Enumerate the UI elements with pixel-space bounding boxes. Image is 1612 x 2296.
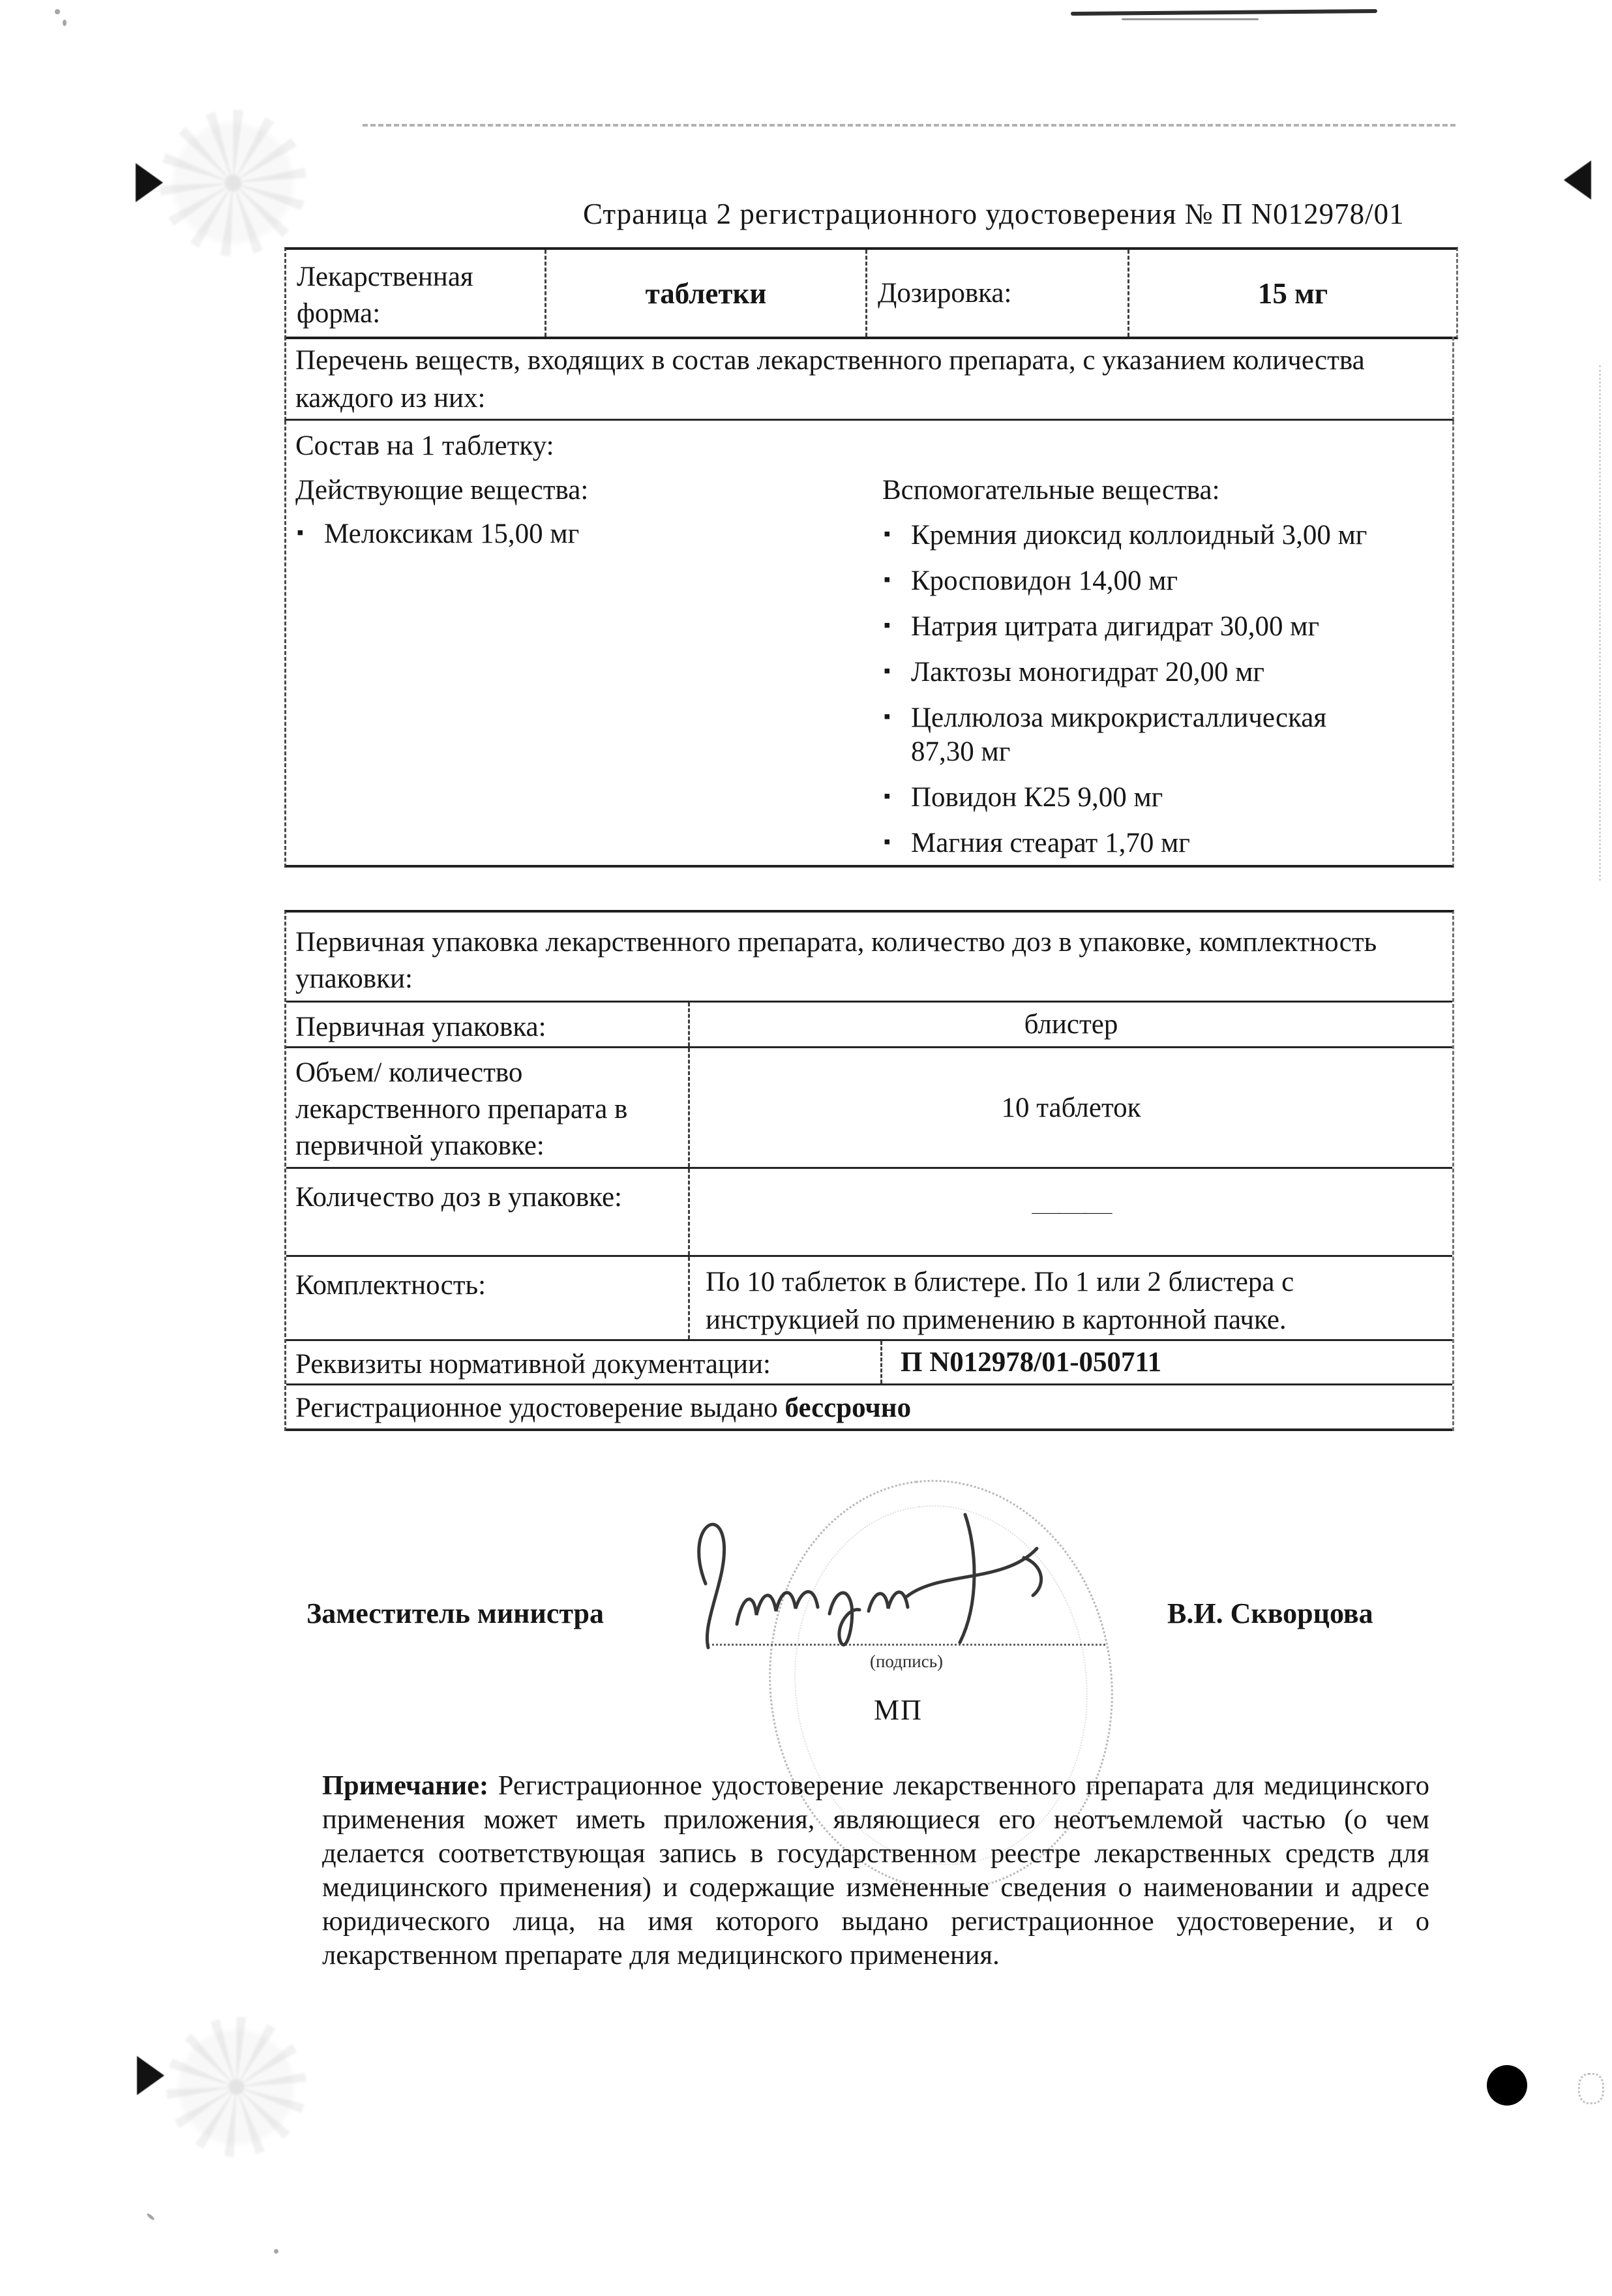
- registration-mark-icon: [136, 163, 163, 202]
- doses-count-label: Количество доз в упаковке:: [286, 1169, 690, 1255]
- requisites-value: П N012978/01-050711: [882, 1341, 1452, 1383]
- signature-line: [708, 1644, 1105, 1646]
- excipient-item: Кремния диоксид коллоидный 3,00 мг: [882, 519, 1443, 552]
- excipients-header: Вспомогательные вещества:: [882, 474, 1443, 507]
- dosage-form-label: Лекарственная форма:: [286, 250, 545, 337]
- table-row: Реквизиты нормативной документации: П N0…: [286, 1341, 1452, 1385]
- dosage-form-table: Лекарственная форма: таблетки Дозировка:…: [284, 247, 1458, 339]
- excipient-item: Магния стеарат 1,70 мг: [882, 826, 1443, 860]
- registration-mark-icon: [137, 2056, 164, 2095]
- active-substances-list: Мелоксикам 15,00 мг: [295, 517, 856, 551]
- signature-caption: (подпись): [822, 1652, 991, 1672]
- primary-package-label: Первичная упаковка:: [286, 1003, 690, 1046]
- watermark-emblem-icon: [166, 2017, 306, 2157]
- registration-certificate-page: Страница 2 регистрационного удостоверени…: [0, 0, 1612, 2296]
- registration-issued-text: Регистрационное удостоверение выдано: [295, 1393, 785, 1423]
- excipient-item: Кросповидон 14,00 мг: [882, 564, 1443, 598]
- packaging-section-header: Первичная упаковка лекарственного препар…: [286, 913, 1452, 1003]
- table-row: Количество доз в упаковке: ———: [286, 1169, 1452, 1257]
- registration-mark-icon: [1564, 160, 1591, 200]
- registration-issued-row: Регистрационное удостоверение выдано бес…: [286, 1385, 1452, 1431]
- excipients-column: Вспомогательные вещества: Кремния диокси…: [882, 474, 1443, 860]
- note-label: Примечание:: [322, 1770, 488, 1801]
- active-substances-column: Действующие вещества: Мелоксикам 15,00 м…: [295, 474, 856, 551]
- dose-label: Дозировка:: [865, 250, 1127, 337]
- excipient-item: Целлюлоза микрокристаллическая 87,30 мг: [882, 701, 1328, 769]
- watermark-emblem-icon: [160, 110, 306, 256]
- scan-squiggle-top: [1071, 9, 1377, 16]
- doses-count-value: ———: [1032, 1203, 1111, 1221]
- excipient-item: Натрия цитрата дигидрат 30,00 мг: [882, 610, 1443, 644]
- dosage-form-value: таблетки: [545, 250, 865, 337]
- volume-value: 10 таблеток: [690, 1048, 1452, 1167]
- excipient-item: Повидон К25 9,00 мг: [882, 781, 1443, 815]
- note-text: Регистрационное удостоверение лекарствен…: [322, 1770, 1429, 1971]
- dose-value: 15 мг: [1127, 250, 1456, 337]
- active-substance-item: Мелоксикам 15,00 мг: [295, 517, 856, 551]
- table-row: Первичная упаковка: блистер: [286, 1003, 1452, 1048]
- scan-noise-column: [1599, 365, 1601, 881]
- minister-name: В.И. Скворцова: [1167, 1597, 1373, 1630]
- packaging-table: Первичная упаковка лекарственного препар…: [284, 910, 1454, 1431]
- completeness-label: Комплектность:: [286, 1257, 690, 1339]
- active-substances-header: Действующие вещества:: [295, 474, 856, 507]
- substance-listing-title: Перечень веществ, входящих в состав лека…: [284, 337, 1454, 421]
- minister-title: Заместитель министра: [306, 1597, 604, 1630]
- stamp-place-label: МП: [874, 1693, 923, 1727]
- excipient-item: Лактозы моногидрат 20,00 мг: [882, 656, 1443, 689]
- composition-title: Состав на 1 таблетку:: [295, 430, 554, 462]
- scan-squiggle-top-2: [1122, 18, 1259, 20]
- note-paragraph: Примечание: Регистрационное удостоверени…: [322, 1769, 1429, 1972]
- registration-issued-term: бессрочно: [785, 1393, 912, 1423]
- primary-package-value: блистер: [690, 1003, 1452, 1046]
- requisites-label: Реквизиты нормативной документации:: [286, 1341, 882, 1383]
- page-title: Страница 2 регистрационного удостоверени…: [583, 197, 1405, 231]
- completeness-value: По 10 таблеток в блистере. По 1 или 2 бл…: [690, 1257, 1452, 1339]
- table-row: Объем/ количество лекарственного препара…: [286, 1048, 1452, 1169]
- table-row: Комплектность: По 10 таблеток в блистере…: [286, 1257, 1452, 1341]
- scan-dashed-line: [363, 124, 1455, 127]
- registration-mark-icon: [1578, 2073, 1604, 2104]
- volume-label: Объем/ количество лекарственного препара…: [286, 1048, 690, 1167]
- excipients-list: Кремния диоксид коллоидный 3,00 мг Кросп…: [882, 519, 1443, 860]
- composition-section: Состав на 1 таблетку: Действующие вещест…: [284, 421, 1454, 868]
- hole-punch-dot: [1487, 2065, 1527, 2106]
